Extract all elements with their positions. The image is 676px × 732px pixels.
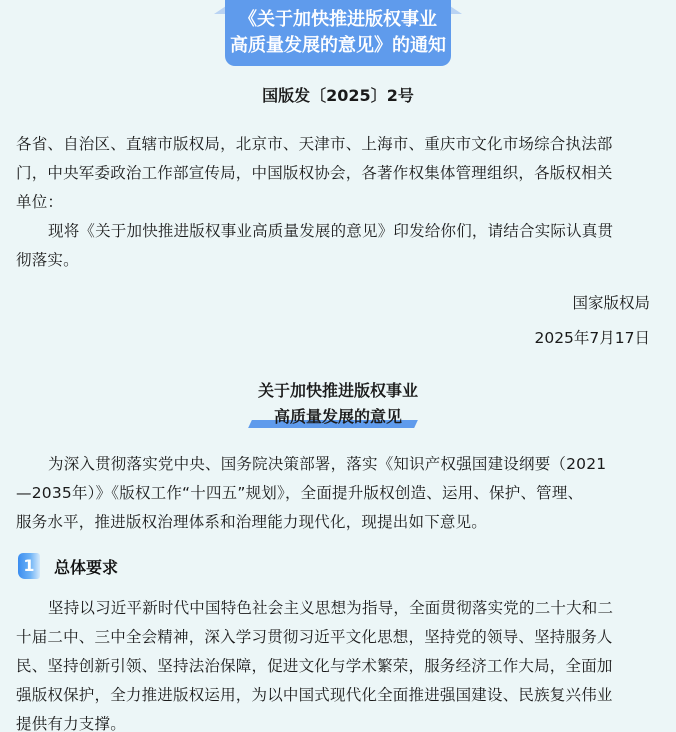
intro-line: 为深入贯彻落实党中央、国务院决策部署，落实《知识产权强国建设纲要（2021 (16, 450, 652, 479)
banner-title-line1: 《关于加快推进版权事业 (225, 7, 451, 33)
notice-line: 现将《关于加快推进版权事业高质量发展的意见》印发给你们，请结合实际认真贯 (16, 217, 652, 246)
signature-date: 2025年7月17日 (534, 326, 650, 350)
section1-line: 提供有力支撑。 (16, 710, 652, 732)
banner-title: 《关于加快推进版权事业 高质量发展的意见》的通知 (225, 0, 451, 66)
section1-paragraph: 坚持以习近平新时代中国特色社会主义思想为指导，全面贯彻落实党的二十大和二 十届二… (16, 594, 652, 732)
section1-line: 十届二中、三中全会精神，深入学习贯彻习近平文化思想，坚持党的领导、坚持服务人 (16, 623, 652, 652)
opinion-title-line1: 关于加快推进版权事业 (0, 378, 676, 404)
section-number-badge: 1 (18, 553, 40, 579)
section1-line: 坚持以习近平新时代中国特色社会主义思想为指导，全面贯彻落实党的二十大和二 (16, 594, 652, 623)
signature-organization: 国家版权局 (572, 291, 650, 315)
section1-line: 民、坚持创新引领、坚持法治保障，促进文化与学术繁荣，服务经济工作大局，全面加 (16, 652, 652, 681)
banner-title-line2: 高质量发展的意见》的通知 (225, 33, 451, 59)
intro-line: —2035年）》《版权工作“十四五”规划》，全面提升版权创造、运用、保护、管理、 (16, 479, 652, 508)
intro-paragraph: 为深入贯彻落实党中央、国务院决策部署，落实《知识产权强国建设纲要（2021 —2… (16, 450, 652, 537)
intro-line: 服务水平，推进版权治理体系和治理能力现代化，现提出如下意见。 (16, 508, 652, 537)
document-number: 国版发〔2025〕2号 (0, 86, 676, 106)
title-banner: 《关于加快推进版权事业 高质量发展的意见》的通知 (214, 0, 462, 66)
addressee-line: 单位： (16, 188, 652, 217)
banner-fold-right (450, 6, 462, 14)
notice-paragraph: 现将《关于加快推进版权事业高质量发展的意见》印发给你们，请结合实际认真贯 彻落实… (16, 217, 652, 275)
section1-line: 强版权保护，全力推进版权运用，为以中国式现代化全面推进强国建设、民族复兴伟业 (16, 681, 652, 710)
addressee-line: 各省、自治区、直辖市版权局，北京市、天津市、上海市、重庆市文化市场综合执法部 (16, 130, 652, 159)
notice-line: 彻落实。 (16, 246, 652, 275)
addressee-line: 门，中央军委政治工作部宣传局，中国版权协会，各著作权集体管理组织，各版权相关 (16, 159, 652, 188)
document-page: 《关于加快推进版权事业 高质量发展的意见》的通知 国版发〔2025〕2号 各省、… (0, 0, 676, 732)
opinion-title-line2: 高质量发展的意见 (0, 404, 676, 430)
section-heading-text: 总体要求 (54, 555, 118, 578)
section-heading-1: 1 总体要求 (18, 551, 118, 581)
addressee-paragraph: 各省、自治区、直辖市版权局，北京市、天津市、上海市、重庆市文化市场综合执法部 门… (16, 130, 652, 217)
